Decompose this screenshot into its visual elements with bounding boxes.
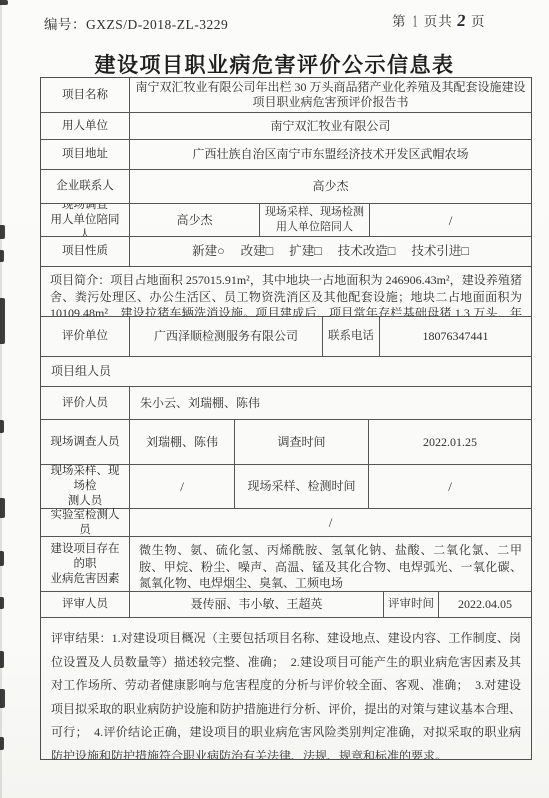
row-review: 评审人员 聂传丽、韦小敏、王超英 评审时间 2022.04.05 [41,591,531,617]
sampling-escort-value: / [369,204,531,236]
row-address: 项目地址 广西壮族自治区南宁市东盟经济技术开发区武帽农场 [41,139,531,169]
team-header: 项目组人员 [41,357,531,386]
doc-number: 编号：GXZS/D-2018-ZL-3229 [44,13,228,33]
survey-label: 现场调查人员 [41,420,129,464]
row-project-name: 项目名称 南宁双汇牧业有限公司年出栏 30 万头商品猪产业化养殖及其配套设施建设… [41,78,531,112]
scan-smudge [0,420,4,433]
scan-smudge [0,551,4,566]
address-value: 广西壮族自治区南宁市东盟经济技术开发区武帽农场 [129,140,531,169]
page-indicator: 第 1 页共 2 页 [392,10,486,31]
row-employer: 用人单位 南宁双汇牧业有限公司 [41,112,531,139]
lab-value: / [129,509,531,536]
row-evaluator: 评价单位 广西泽顺检测服务有限公司 联系电话 18076347441 [41,316,531,356]
sampling-value: / [129,465,234,508]
sampling-time-label: 现场采样、检测时间 [234,465,368,508]
scan-smudge [0,298,5,344]
review-result-text: 评审结果：1.对建设项目概况（主要包括项目名称、建设地点、建设内容、工作制度、岗… [41,618,531,759]
page-total-number: 2 [456,11,468,31]
sampling-escort-label: 现场采样、现场检测 用人单位陪同人 [259,204,369,236]
scan-smudge [0,651,4,668]
review-value: 聂传丽、韦小敏、王超英 [129,592,383,617]
nature-option-new: 新建○ [192,244,225,259]
row-appraisers: 评价人员 朱小云、刘瑞棚、陈伟 [41,386,531,419]
contact-value: 高少杰 [129,170,531,203]
row-escort: 现场调查 用人单位陪同人 高少杰 现场采样、现场检测 用人单位陪同人 / [41,203,531,236]
page-mid: 页共 [424,14,453,29]
row-project-intro: 项目简介：项目占地面积 257015.91m²，其中地块一占地面积为 24690… [41,266,531,316]
nature-option-tech-upgrade: 技术改造□ [338,244,396,259]
survey-value: 刘瑞棚、陈伟 [129,420,234,464]
survey-time-label: 调查时间 [234,420,368,464]
project-name-label: 项目名称 [41,78,129,112]
project-nature-options: 新建○ 改建□ 扩建□ 技术改造□ 技术引进□ [129,237,531,266]
scan-smudge [0,250,4,262]
review-label: 评审人员 [41,592,129,617]
page-prefix: 第 [392,14,407,29]
scan-smudge [0,225,5,239]
scan-smudge [0,689,5,708]
scanned-page: 编号：GXZS/D-2018-ZL-3229 第 1 页共 2 页 建设项目职业… [0,0,549,798]
project-name-value: 南宁双汇牧业有限公司年出栏 30 万头商品猪产业化养殖及其配套设施建设项目职业病… [129,78,531,112]
appraisers-label: 评价人员 [41,387,129,419]
scan-smudge [0,0,8,5]
row-project-nature: 项目性质 新建○ 改建□ 扩建□ 技术改造□ 技术引进□ [41,236,531,266]
row-survey: 现场调查人员 刘瑞棚、陈伟 调查时间 2022.01.25 [41,419,531,464]
row-review-result: 评审结果：1.对建设项目概况（主要包括项目名称、建设地点、建设内容、工作制度、岗… [41,617,531,759]
evaluator-value: 广西泽顺检测服务有限公司 [129,317,322,356]
row-lab: 实验室检测人员 / [41,508,531,536]
escort-label: 现场调查 用人单位陪同人 [41,204,129,236]
nature-option-rebuild: 改建□ [241,244,274,259]
row-hazards: 建设项目存在的职 业病危害因素 微生物、氨、硫化氢、丙烯酰胺、氢氧化钠、盐酸、二… [41,536,531,591]
hazards-value: 微生物、氨、硫化氢、丙烯酰胺、氢氧化钠、盐酸、二氧化氯、二甲胺、甲烷、粉尘、噪声… [129,537,531,591]
row-team-header: 项目组人员 [41,356,531,386]
lab-label: 实验室检测人员 [41,509,129,536]
page-current-number: 1 [413,13,418,33]
appraisers-value: 朱小云、刘瑞棚、陈伟 [129,387,531,419]
scan-smudge [0,737,4,750]
escort-value: 高少杰 [129,204,259,236]
review-time-value: 2022.04.05 [438,592,531,617]
nature-option-expand: 扩建□ [289,244,322,259]
project-intro-text: 项目简介：项目占地面积 257015.91m²，其中地块一占地面积为 24690… [41,267,531,316]
evaluator-label: 评价单位 [41,317,129,356]
review-time-label: 评审时间 [383,592,438,617]
scan-edge-artifact [0,0,2,798]
employer-label: 用人单位 [41,113,129,139]
phone-value: 18076347441 [379,317,531,356]
address-label: 项目地址 [41,140,129,169]
sampling-time-value: / [368,465,531,508]
scan-smudge [0,597,4,609]
survey-time-value: 2022.01.25 [368,420,531,464]
hazards-label: 建设项目存在的职 业病危害因素 [41,537,129,591]
page-title: 建设项目职业病危害评价公示信息表 [0,49,549,79]
scan-smudge [0,498,5,518]
sampling-label: 现场采样、现场检 测人员 [41,465,129,508]
employer-value: 南宁双汇牧业有限公司 [129,113,531,139]
info-table: 项目名称 南宁双汇牧业有限公司年出栏 30 万头商品猪产业化养殖及其配套设施建设… [40,77,532,760]
nature-option-tech-import: 技术引进□ [411,244,469,259]
page-suffix: 页 [471,14,486,29]
project-nature-label: 项目性质 [41,237,129,266]
phone-label: 联系电话 [322,317,379,356]
row-contact: 企业联系人 高少杰 [41,169,531,203]
contact-label: 企业联系人 [41,170,129,203]
row-sampling: 现场采样、现场检 测人员 / 现场采样、检测时间 / [41,464,531,508]
